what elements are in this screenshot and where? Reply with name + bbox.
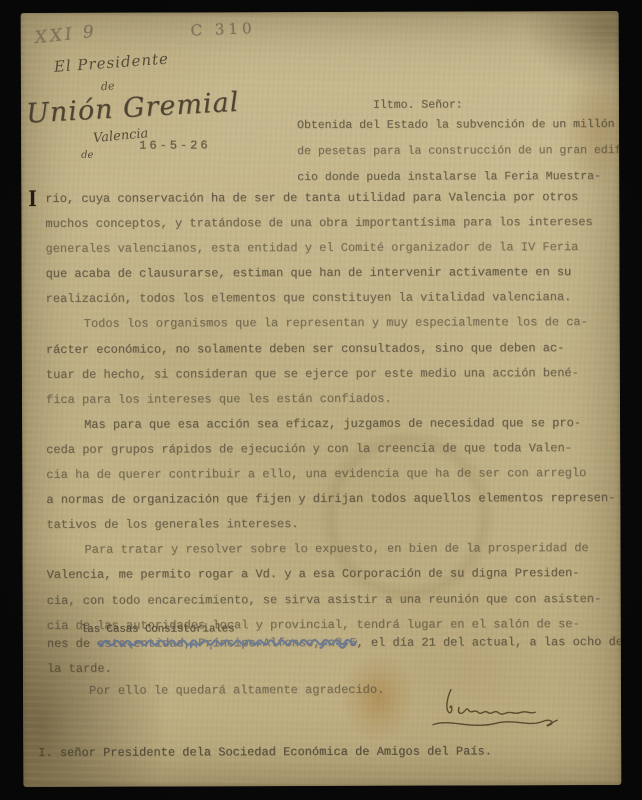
opening-line: Obtenida del Estado la subvención de un … bbox=[297, 112, 621, 139]
interline-correction: las Casas Consistoriales bbox=[81, 623, 235, 636]
opening-paragraph: Obtenida del Estado la subvención de un … bbox=[297, 112, 621, 191]
body-line: tativos de los generales intereses. bbox=[46, 511, 618, 538]
body-line: cia ha de querer contribuir a ello, una … bbox=[46, 461, 618, 488]
body-line: fica para los intereses que les están co… bbox=[46, 386, 618, 413]
body-line: Para tratar y resolver sobre lo expuesto… bbox=[46, 536, 618, 563]
body-line: generales valencianos, esta entidad y el… bbox=[45, 235, 617, 262]
venue-suffix: , el día 21 del actual, a las ocho de bbox=[356, 635, 621, 650]
closing-line: Por ello le quedará altamente agradecido… bbox=[89, 683, 384, 698]
body-line: que acaba de clausurarse, estiman que ha… bbox=[46, 260, 618, 287]
body-line: tuar de hecho, si consideran que se ejer… bbox=[46, 361, 618, 388]
body-line: Todos los organismos que la representan … bbox=[46, 310, 618, 337]
struck-out-text: esta entidad, Príncipe Alfonso, nº 5 bbox=[97, 636, 356, 651]
letterhead-de: de bbox=[100, 79, 114, 93]
body-line: ceda por grupos rápidos de ejecución y c… bbox=[46, 436, 618, 463]
photo-background: XXI 9 C 310 El Presidente de Unión Gremi… bbox=[0, 0, 642, 800]
body-line: cia, con todo encarecimiento, se sirva a… bbox=[47, 586, 619, 613]
letterhead-de: de bbox=[81, 150, 93, 161]
typed-date: 16-5-26 bbox=[139, 138, 210, 152]
paper-stain bbox=[341, 652, 415, 744]
margin-ink-mark: I bbox=[28, 187, 37, 212]
venue-line: nes de esta entidad, Príncipe Alfonso, n… bbox=[47, 635, 622, 651]
venue-tail: la tarde. bbox=[47, 662, 112, 676]
letter-body: rio, cuya conservación ha de ser de tant… bbox=[45, 185, 619, 639]
body-line: rio, cuya conservación ha de ser de tant… bbox=[45, 185, 617, 212]
body-line: Mas para que esa acción sea eficaz, juzg… bbox=[46, 411, 618, 438]
body-line: Valencia, me permito rogar a Vd. y a esa… bbox=[47, 561, 619, 588]
venue-prefix: nes de bbox=[47, 637, 97, 651]
opening-line: de pesetas para la construcción de un gr… bbox=[297, 138, 621, 165]
body-line: realización, todos los elementos que con… bbox=[46, 285, 618, 312]
body-line: muchos conceptos, y tratándose de una ob… bbox=[45, 210, 617, 237]
signature-scrawl bbox=[425, 679, 565, 739]
archive-pencil-mark-left: XXI 9 bbox=[34, 22, 98, 49]
letterhead-organization: Unión Gremial bbox=[25, 87, 240, 130]
salutation: Iltmo. Señor: bbox=[373, 99, 463, 112]
letterhead-title: El Presidente bbox=[53, 50, 169, 76]
body-line: rácter económico, no solamente deben ser… bbox=[46, 336, 618, 363]
document-page: XXI 9 C 310 El Presidente de Unión Gremi… bbox=[21, 11, 622, 787]
archive-pencil-mark-center: C 310 bbox=[190, 19, 256, 39]
addressee-line: I. señor Presidente dela Sociedad Económ… bbox=[38, 744, 492, 760]
body-line: a normas de organización que fijen y dir… bbox=[46, 486, 618, 513]
